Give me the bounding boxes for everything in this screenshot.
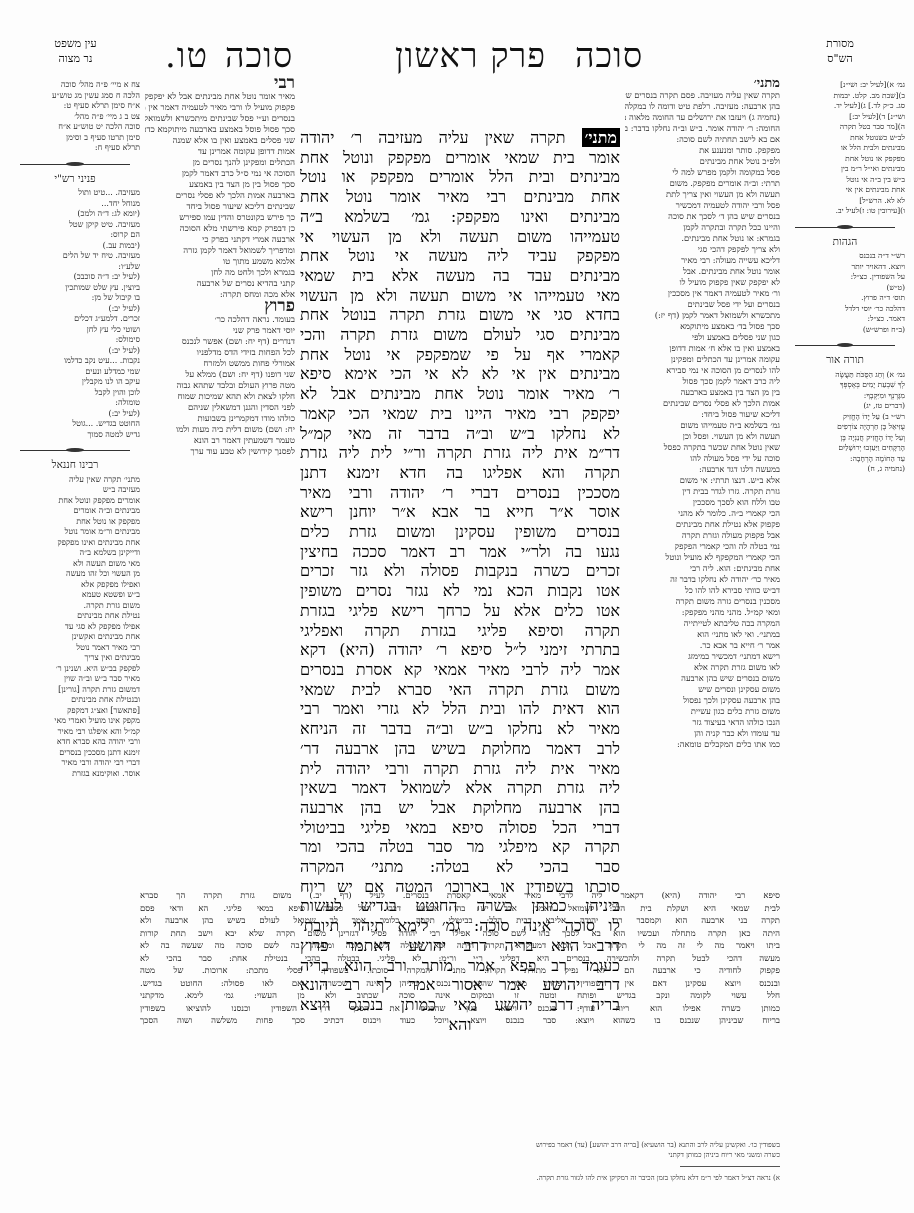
gemara-line: מבינתים ואינו מפקפק: גמ׳ בשלמא ב״ה xyxy=(300,207,620,227)
torah-or-line: (דברים טז, יג) xyxy=(785,401,905,412)
hagahot-line: תוס׳ ד״ה פרוץ. xyxy=(785,293,905,304)
pninei-rashi-line: שמי כמדלע ונעים xyxy=(10,367,140,378)
gemara-line: דר״מ אית ליה גזרת תקרה ור״י לית ליה גזרת xyxy=(300,443,620,463)
gemara-line: מסככין בנסרים דברי ר׳ יהודה ורבי מאיר xyxy=(300,483,620,503)
rashi-line: פסל ורבי יהודה לטעמיה דמכשיר xyxy=(625,200,780,211)
gemara-line: מבינתים סגי לעולם משום גזרת תקרה והכי xyxy=(300,325,620,345)
rashi-line: ולא צריך לפקפק דהכי סגי xyxy=(625,244,780,255)
bottom-line: חלל עשוי לקומה ונקב בגדיש ופותח ומטה זו … xyxy=(140,990,780,1003)
pninei-rashi-line: (לעיל יב: ד״ה סוכבכ) xyxy=(10,272,140,283)
chananel-line: מבינתים ואין צריך xyxy=(10,653,140,664)
chananel-line: אוסר. ואוקימנא בגזרת xyxy=(10,769,140,780)
chananel-line: רבי מאיר דאמר נוטל xyxy=(10,643,140,654)
pninei-rashi-line: סימולס: xyxy=(10,335,140,346)
rashi-line: בין מן הצד בין באמצע בארבעה xyxy=(625,387,780,398)
chananel-line: ואפילו מפקפק אלא xyxy=(10,580,140,591)
ner-mitzvah-title: נר מצוה xyxy=(18,51,133,66)
pninei-rashi-line: (יבמות עב.) xyxy=(10,241,140,252)
torah-or-line: (נחמיה ג, ח) xyxy=(785,464,905,475)
ein-mishpat-line: א״ח סימן תרלא סעיף ט: xyxy=(10,101,140,112)
rashi-line: תקרה שאין עליה מעזיבה. פסם תקרה בנסרים ש… xyxy=(625,90,780,101)
pninei-rashi-line: שלע״ו: xyxy=(10,262,140,273)
rashi-line: תעשה ולא מן העשוי. ופסל וכן xyxy=(625,431,780,442)
chananel-line: מן העשוי וכל זהו מעשה xyxy=(10,569,140,580)
tosafot-line: ארבעה אמרי דקתני בפרק כי xyxy=(145,235,295,246)
hagahot-line: דאמר. כצ״ל: xyxy=(785,314,905,325)
mesoret-title: מסורת xyxy=(785,36,895,51)
pninei-rashi-title: פניני רש"י xyxy=(10,174,140,185)
torah-or-line: וְעַל יָדוֹ הֶחֱזִיק חֲנַנְיָה בֶּן xyxy=(785,433,905,444)
chananel-line: נטילת אחת מבינתים xyxy=(10,611,140,622)
ornament-divider xyxy=(795,223,895,231)
pninei-rashi-line: (לעיל יב:) xyxy=(10,409,140,420)
pninei-rashi-line: (לעיל יב:) xyxy=(10,304,140,315)
bottom-line: כמותן כשרה אפילו הוא ריוח עודף: בנכנס וי… xyxy=(140,1003,780,1016)
mesoret-line: סג. כ״ק לד.] ג)[לעיל יד. xyxy=(785,101,905,112)
rashi-line: במתני׳. ואי לאו מתני׳ הוא xyxy=(625,629,780,640)
mesoret-hashas-header: מסורת הש"ס xyxy=(785,36,895,66)
tosafot-line: כולהו מודו דמקמרינן בשבועות xyxy=(145,414,295,425)
mesoret-line: ה)[מר סבר בטל תקרה xyxy=(785,122,905,133)
gemara-line: מאיר לא נחלקו ב״ש וב״ה בדבר זה הניחא xyxy=(300,719,620,739)
rashi-line: במעשה דלגו דגד ארבעה: xyxy=(625,464,780,475)
rashi-line: אמות הלכך לא פסלי נסרים שבינתים xyxy=(625,398,780,409)
chananel-line: מפקפק או נוטל אחת xyxy=(10,517,140,528)
bottom-line: סיפא רבי יהודה (היא) דקאמר ליה לרבי מאיר… xyxy=(140,890,780,903)
rashi-line: סכך פסול בד׳ באמצע מיתוקמא xyxy=(625,321,780,332)
rashi-line: הכי קאמרי ב״ה. כלומר לא מהני xyxy=(625,508,780,519)
ein-mishpat-line: סוכה הלכה יט טוש״ע א״ח xyxy=(10,122,140,133)
ein-mishpat-line: צט ב ג מיי׳ פ״ה מהל׳ xyxy=(10,112,140,123)
gemara-line: זכרים כשרה בנקבות פסולה ולא גזר זכרים xyxy=(300,561,620,581)
rashi-line: עקומה אמרינן עד הכתלים ומפקינן xyxy=(625,354,780,365)
rashi-line: גזרת תקרה. גזרו לגדר בבית דין xyxy=(625,486,780,497)
rabbeinu-chananel-title: רבינו חננאל xyxy=(10,460,140,471)
hagahot-block: רש״י ד״ה בנכנס ויוצא. דהאויר יותר על השפ… xyxy=(785,251,905,335)
tosafot-line: פקפוק מועיל לו ורבי מאיר לטעמיה דאמר אין… xyxy=(145,103,295,114)
gemara-line: נגעו בה ולר״י אמר רב דאמר סככה בחיצין xyxy=(300,542,620,562)
pninei-rashi-line: מעזיבה. טיח יד של הלים xyxy=(10,251,140,262)
bottom-line: ובנכנס ויוצא עסקינן דאם אין השפודין פחות… xyxy=(140,978,780,991)
rashi-line: המקרה בכה טליבתא לטייתייה xyxy=(625,618,780,629)
rashi-line: לאו משום גזרת תקרה אלא xyxy=(625,662,780,673)
bottom-line: בריוח שביניהן שנכנס בו כשהוא ויוצא: סבר … xyxy=(140,1015,780,1028)
hashas-title: הש"ס xyxy=(785,51,895,66)
pninei-rashi-line: (לעיל יב:) xyxy=(10,346,140,357)
tractate-name-right: סוכה xyxy=(575,36,643,76)
tosafot-line: ומדפריך לשמואל דאמר לקמן גזרה xyxy=(145,246,295,257)
pninei-rashi-line: עיקב הו לנו מקבלין xyxy=(10,377,140,388)
tosafot-line: לכל הפחות בזידי הדס מדלפניו xyxy=(145,348,295,359)
gemara-line: בנסרים משופין עסקינן ומשום גזרת כלים xyxy=(300,522,620,542)
rashi-line: בהן ארבעה: מעזיבה. רלפת טיט ודומה לו במק… xyxy=(625,101,780,112)
rashi-line: פקפוק אלא נטילת אחת מבינתים xyxy=(625,519,780,530)
rashi-line: תרתי: וב״ה אומרים מפקפק. משום xyxy=(625,178,780,189)
pninei-rashi-line: מנוחל יחד... xyxy=(10,199,140,210)
bottom-line: מעשה דהכי לבטל תקרה ולהכשירה בנסרים היא … xyxy=(140,953,780,966)
mishna-opening-line: מתני׳ תקרה שאין עליה מעזיבה ר׳ יהודה xyxy=(300,128,620,148)
ornament-divider xyxy=(20,160,130,168)
ein-mishpat-header: עין משפט נר מצוה xyxy=(18,36,133,66)
gemara-line: דברי הכל פסולה סיפא במאי פליגי בביטולי xyxy=(300,818,620,838)
chananel-line: קמ״ל והא איפלגו רבי מאיר xyxy=(10,727,140,738)
rashi-line: ומאי קמ״ל. מהני מהני מפקפק: xyxy=(625,607,780,618)
gemara-line: בתרתי זימני ל״ל סיפא ר׳ יהודה (היא) דקא xyxy=(300,640,620,660)
mishna-label: מתני׳ xyxy=(582,128,620,147)
tosafot-sub-heading: פרוץ xyxy=(264,296,295,316)
gemara-line: קאמרי אף על פי שמפקפק אי נוטל אחת xyxy=(300,345,620,365)
mesoret-line: מבינתים ולבית הלל או xyxy=(785,143,905,154)
gemara-line: תקרה וסיפא פליגי בגזרת תקרה ואפליגי xyxy=(300,621,620,641)
gemara-line: סבר בהכי לא בטלה: מתני׳ המקרה xyxy=(300,857,620,877)
rashi-line: בגמרא: או נוטל אחת מבינתים. xyxy=(625,233,780,244)
tractate-name-left: סוכה xyxy=(225,36,293,76)
rashi-line: אמר ר׳ חייא בר אבא כר. xyxy=(625,640,780,651)
hagahot-title: הגהות xyxy=(785,237,905,248)
tosafot-line: בנסרים וע״י פסל שבינתים מיתכשרא ולשמואל … xyxy=(145,114,295,125)
tosafot-line: אמורלי פחות ממשט ולמזרח xyxy=(145,359,295,370)
bottom-line: לבית שמאי היא ושקלת בית הלל: לשמואל דאמר… xyxy=(140,903,780,916)
rashi-line: הכי קאמרי המקפקף לא מועיל ונוטל xyxy=(625,552,780,563)
rashi-line: (נחמיה ג) ויעזבו את ירושלים עד החומה מלא… xyxy=(625,112,780,123)
tosafot-line: לפני הסדין והגנן דמשאלין שניהם xyxy=(145,403,295,414)
pninei-rashi-line: מעזיבה. ...טיט ותול xyxy=(10,188,140,199)
ein-mishpat-line: תרלא סעיף ח: xyxy=(10,143,140,154)
hagahot-line: דהלכה כר׳ יוסי דלדל xyxy=(785,304,905,315)
mesoret-hashas-block: גמ׳ א)[לעיל יב: ושי״נ] ב)[שבת מב. קלט. י… xyxy=(785,80,905,217)
tosafot-line: חלקו לצאת ולא תהא שמיכות שמוח xyxy=(145,392,295,403)
pninei-rashi-line: ביוצין. עץ שלט שמותכין xyxy=(10,283,140,294)
gemara-line: מאיר אית ליה גזרת תקרה ורבי יהודה לית xyxy=(300,759,620,779)
mesoret-line: מבינתים ואי״ל ר״מ בין xyxy=(785,164,905,175)
pninei-rashi-line: מעזיבה. טיט קיקן שטל xyxy=(10,220,140,231)
ornament-divider xyxy=(795,341,895,349)
hagahot-line: על השפודין. כצ״ל: xyxy=(785,272,905,283)
tosafot-line: הסוכה אי נמי ס״ל כרב דאמר לקמן xyxy=(145,169,295,180)
tosafot-line: לפסנך קידושין לא טבע עוד ערך xyxy=(145,447,295,458)
gemara-line: הוא דאית להו ובית הלל לא גזרי ואמר רבי xyxy=(300,699,620,719)
rashi-line: דב״ש כוותי סבירא להו להו כל xyxy=(625,585,780,596)
chananel-line: מבינתים ור״מ אומר נוטל xyxy=(10,527,140,538)
pninei-rashi-line: בו קיבול של מן: xyxy=(10,293,140,304)
gemara-line: מאי טעמייהו אי משום תעשה ולא מן העשוי xyxy=(300,286,620,306)
mesoret-line: גמ׳ א)[לעיל יב: ושי״נ] xyxy=(785,80,905,91)
tosafot-line: בעומד. נראה דהלכה כר׳ xyxy=(145,315,295,326)
torah-or-title: תורה אור xyxy=(785,355,905,366)
tosafot-line: מטה פרוץ העולם ובלבד שתהא גבוה xyxy=(145,381,295,392)
gemara-line: בהן ארבעה מחלוקת אבל יש בהן ארבעה xyxy=(300,798,620,818)
tosafot-line: שבינתים דליכא שיעור פסול ביחד xyxy=(145,202,295,213)
gemara-line: ליה גזרת תקרה אלא לשמואל דאמר בשאין xyxy=(300,778,620,798)
rashi-line: להו לנסרים מן הסוכה אי נמי סבירא xyxy=(625,365,780,376)
torah-or-line: רש״י ב) עַל יָדוֹ הֶחֱזִיק xyxy=(785,412,905,423)
rashi-line: גמ׳ בשלמא ב״ה טעמייהו משום xyxy=(625,420,780,431)
mesoret-line: מפקפק או נוטל אחת xyxy=(785,154,905,165)
gemara-line: אמר ליה לרבי מאיר אמאי קא אסרת בנסרים xyxy=(300,660,620,680)
tosafot-line: סכך פסול בין מן הצד בין באמצע xyxy=(145,180,295,191)
ein-mishpat-line: צח א מיי׳ פ״ה מהל׳ סוכה xyxy=(10,80,140,91)
rashi-line: דליכא שיעור פסול ביחד: xyxy=(625,409,780,420)
chananel-line: מתני׳ תקרה שאין עליה xyxy=(10,475,140,486)
chananel-line: מעזיבה ב״ש xyxy=(10,485,140,496)
rashi-line: אחת מבינתים: הוא. ליה רבי xyxy=(625,563,780,574)
daf-number: טו. xyxy=(165,36,208,76)
rashi-line: סוכה על ידי פסל מעולה להו xyxy=(625,453,780,464)
mesoret-line: ו)[עירובין טו: ז)לעיל יב. xyxy=(785,206,905,217)
tosafot-line: יוסי דאמר פרק שני xyxy=(145,326,295,337)
rashi-line: לא יפקפק שאין פקפוק מועיל לו xyxy=(625,277,780,288)
mesoret-line: לא לא. הרש״ל] xyxy=(785,196,905,207)
chananel-line: מאיר סבר ב״ש וב״ה שוין xyxy=(10,674,140,685)
bottom-line: היתה כאן תקרה מתחלה ועכשיו הוא בא לסכך ב… xyxy=(140,928,780,941)
pninei-rashi-line: נקבות. ...עיט נקב כדלמו xyxy=(10,356,140,367)
ein-mishpat-title: עין משפט xyxy=(18,36,133,51)
torah-or-line: עֻזִּיאֵל בֶּן חַרְהֲיָה צוֹרְפִים xyxy=(785,422,905,433)
tosafot-line: דנדרים (דף יח: ושם) אפשר לנכנס xyxy=(145,337,295,348)
tosafot-line: מאיר אומר נוטל אחת מבינתים אבל לא יפקפק.… xyxy=(145,92,295,103)
tosafot-line: הכתלים ומפקינן להנך נסרים מן xyxy=(145,158,295,169)
tosafot-line: טעמר דשמעתין דאמר רב הונא xyxy=(145,436,295,447)
ein-mishpat-line: הלכה ח סמג עשין מג טוש״ע xyxy=(10,91,140,102)
rashi-line: ולפ״כ נוטל אחת מבינתים xyxy=(625,156,780,167)
rashi-line: דליכא עשייה מעולה: רבי מאיר xyxy=(625,255,780,266)
rashi-line: רישא דמתני׳ דמכשיר במימזג xyxy=(625,651,780,662)
footnote-line: כשרה ומשני מאי ריוח ביניהן כמותן דקתני xyxy=(140,1150,780,1160)
ein-mishpat-block: צח א מיי׳ פ״ה מהל׳ סוכה הלכה ח סמג עשין … xyxy=(10,80,140,154)
chananel-line: מבינתים וב״ה אומרים xyxy=(10,506,140,517)
gemara-line: מבינתים ובית הלל אומרים מפקפק או נוטל xyxy=(300,167,620,187)
chananel-line: [פתאשר] ואצ״ג דמקפק xyxy=(10,706,140,717)
rashi-line: אלא ב״ש. דנצו תרתי: אי משום xyxy=(625,475,780,486)
rashi-line: מסכנין בנסרים גזרה משום תקרה xyxy=(625,596,780,607)
tosafot-line: בגמרא ולכך ולחט מה לחן xyxy=(145,268,295,279)
torah-or-line: מִגָּרְנְךָ וּמִיִּקְבֶךָ: xyxy=(785,391,905,402)
torah-or-line: גמ׳ א) וְחַג הַסֻּכֹּת תַּעֲשֶׂה xyxy=(785,370,905,381)
tosafot-line: שני פסלים באמצע ואין בו אלא שמנה xyxy=(145,136,295,147)
chananel-line: ודייקינן בשלמא ב״ה xyxy=(10,548,140,559)
chananel-line: אחת מבינתים ואקשינן xyxy=(10,632,140,643)
torah-or-block: גמ׳ א) וְחַג הַסֻּכֹּת תַּעֲשֶׂה לְךָ שִ… xyxy=(785,370,905,475)
gemara-line: משום גזרת תקרה האי סברא לבית שמאי xyxy=(300,680,620,700)
chananel-line: משום גזרת תקרה. xyxy=(10,601,140,612)
hagahot-line: (ט״ש) xyxy=(785,283,905,294)
bottom-commentary: סיפא רבי יהודה (היא) דקאמר ליה לרבי מאיר… xyxy=(140,890,780,1028)
rashi-line: נמי בטלה לה והכי קאמרי הפקפק xyxy=(625,541,780,552)
mesoret-line: ב)[שבת מב. קלט. יבמות xyxy=(785,91,905,102)
rashi-line: תעשה ולא מן העשוי ואין צריך לתת xyxy=(625,189,780,200)
footnote-area: בשפודין כו׳. ואקשינן עליה לרב והתנא (בר … xyxy=(140,1140,780,1183)
rashi-line: שאין נוטל אחת שכשר בתקרה כפסל xyxy=(625,442,780,453)
rashi-line: החומה: ר׳ יהודה אומר. ב״ש וב״ה נחלקו בדב… xyxy=(625,123,780,134)
rashi-line: טבו וללח הוא לסכך מסככין xyxy=(625,497,780,508)
rashi-line: משום גזרת כלים כגון עשיית xyxy=(625,706,780,717)
footnote-rule xyxy=(680,1166,780,1167)
gemara-line: לרב דאמר מחלוקת בשיש בהן ארבעה דר׳ xyxy=(300,739,620,759)
gemara-line: טעמייהו משום תעשה ולא מן העשוי אי xyxy=(300,227,620,247)
pninei-rashi-line: הם קרוס: xyxy=(10,230,140,241)
chananel-line: ורבי יהודה בהא סברא חדא xyxy=(10,737,140,748)
gemara-line: תקרה והא אפליגו בה חדא זימנא דתנן xyxy=(300,463,620,483)
tosafot-line: אמות דדופן עקומה אמרינן עד xyxy=(145,147,295,158)
chananel-line: אומרים מפקפק ונוטל אחת xyxy=(10,496,140,507)
rashi-line: כגון שני פסלים באמצע ולפי xyxy=(625,332,780,343)
bottom-line: פקפוק לחודיה כי ארבעה הם לא נפיק מתורת ת… xyxy=(140,965,780,978)
rashi-line: בהן ארבעה עסקינן ולכך נפסול xyxy=(625,695,780,706)
gemara-line: לא נחלקו ב״ש וב״ה בדבר זה מאי קמ״ל xyxy=(300,424,620,444)
chananel-line: לפקפק בב״ש היא. ושנינן ר׳ xyxy=(10,664,140,675)
tosafot-line: סכך פסול פוסל באמצע בארבעה מיתוקמא כדפרי… xyxy=(145,125,295,136)
gemara-line: אומר בית שמאי אומרים מפקפק ונוטל אחת xyxy=(300,148,620,168)
footnote-line: בשפודין כו׳. ואקשינן עליה לרב והתנא (בר … xyxy=(140,1140,780,1150)
torah-or-line: הָרַקָּחִים וַיַּעַזְבוּ יְרוּשָׁלַיִם xyxy=(785,443,905,454)
tosafot-line: קתני בהדיא נסרים של ארבעה xyxy=(145,279,295,290)
chananel-line: ב״ש ופשטא טעמא xyxy=(10,590,140,601)
rashi-line: עד עומדו ולא כבר קניה והן xyxy=(625,728,780,739)
chananel-line: ובנטילת אחת מבינתים xyxy=(10,695,140,706)
pninei-rashi-block: מעזיבה. ...טיט ותול מנוחל יחד... (יומא ל… xyxy=(10,188,140,440)
chananel-line: אחת מבינתים ואינו מפקפק xyxy=(10,538,140,549)
chananel-line: דמשום גזרת תקרה [גורינן] xyxy=(10,685,140,696)
hagahot-line: (ב״ח ופרש״ש) xyxy=(785,325,905,336)
gemara-line: יפקפק רבי מאיר היינו בית שמאי הכי קאמר xyxy=(300,404,620,424)
rashi-line: מפקפק. סותר ומנענע את xyxy=(625,145,780,156)
ornament-divider xyxy=(20,446,130,454)
rashi-line: אבל פקפוק מעולה וגזרת תקרה xyxy=(625,530,780,541)
chananel-line: מאי משום תעשה ולא xyxy=(10,559,140,570)
mesoret-line: ושי״נ] ד)[לעיל יב:] xyxy=(785,112,905,123)
bottom-line: ביתו ויאמר מה לי זה מה לי תקרה אבל הכא ד… xyxy=(140,940,780,953)
ein-mishpat-line: סימן תרטו סעיף ב וסימן xyxy=(10,133,140,144)
left-margin-column: צח א מיי׳ פ״ה מהל׳ סוכה הלכה ח סמג עשין … xyxy=(10,80,140,1120)
chananel-line: דברי רבי יהודה ורבי מאיר xyxy=(10,758,140,769)
rashi-line: באמצע ואין בו אלא ח׳ אמות דדופן xyxy=(625,343,780,354)
rashi-line: מתכשרא ולשמואל דאמר לקמן (דף יז:) xyxy=(625,310,780,321)
rashi-line: משום עסקינן ונסרים שיש xyxy=(625,684,780,695)
rashi-line: משום בנסרים שיש בהן ארבעה xyxy=(625,673,780,684)
rashi-line: בנסרים ועל ידי פסל שבינתים xyxy=(625,299,780,310)
chananel-line: אפילו מפקפק לא סגי עד xyxy=(10,622,140,633)
chananel-line: זימנא דתנן מסככין בנסרים xyxy=(10,748,140,759)
rashi-line: ור׳ מאיר לטעמיה דאמר אין מסככין xyxy=(625,288,780,299)
gemara-line: אטו נקבות הכא נמי לא נגזר נסרים משופין xyxy=(300,581,620,601)
tosafot-line: יח: ושם) משום דלית ביה מעות ולמו xyxy=(145,425,295,436)
gemara-line: אטו כלים אלא על כרחך רישא פליגי בגזרת xyxy=(300,601,620,621)
rashi-line: מאיר כר׳ יהודה לא נחלקו בדבר זה xyxy=(625,574,780,585)
torah-or-line: לְךָ שִׁבְעַת יָמִים בְּאָסְפְּךָ xyxy=(785,380,905,391)
pninei-rashi-line: ושוטי כלי עץ לחן xyxy=(10,325,140,336)
gemara-line: מבינתים עבד בה מעשה אלא בית שמאי xyxy=(300,266,620,286)
rashi-line: אם בא לישב תחתיה לשם סוכה: xyxy=(625,134,780,145)
gemara-line: מבינתים אין אי לא לא אי הכי אימא סיפא xyxy=(300,364,620,384)
bottom-line: תקרה בני ארבעה הוא וקמסבר רבי יהודה אליב… xyxy=(140,915,780,928)
gemara-line: בחדא סגי אי משום גזרת תקרה בנוטל אחת xyxy=(300,305,620,325)
tosafot-column: רבי מאיר אומר נוטל אחת מבינתים אבל לא יפ… xyxy=(145,78,295,888)
mesoret-line: אחת מבינתים אין אי xyxy=(785,185,905,196)
torah-or-line: עַד הַחוֹמָה הָרְחָבָה: xyxy=(785,454,905,465)
gemara-line: ר׳ מאיר אומר נוטל אחת מבינתים אבל לא xyxy=(300,384,620,404)
tosafot-line: בארבעה אמות הלכך לא פסלי נסרים xyxy=(145,191,295,202)
pninei-rashi-line: טומולה: xyxy=(10,398,140,409)
footnote-note: א) נראה דצ״ל דאמר לפי ר״מ דלא נחלקו בזמן… xyxy=(140,1173,780,1183)
gemara-line: מפקפק עביד ליה מעשה אי נוטל אחת xyxy=(300,246,620,266)
tosafot-line: כך פירש בקונטרס והדין עמו ספירש xyxy=(145,213,295,224)
pninei-rashi-line: החוטט בגדיש. ...גוטל xyxy=(10,419,140,430)
rashi-line: אומר נוטל אחת מבינתים. אבל xyxy=(625,266,780,277)
gemara-line: אחת מבינתים רבי מאיר אומר נוטל אחת xyxy=(300,187,620,207)
hagahot-line: ויוצא. דהאויר יותר xyxy=(785,262,905,273)
tosafot-line: אלמא משמע מתוך טו xyxy=(145,257,295,268)
gemara-line: אוסר א״ר חייא בר אבא א״ר יוחנן רישא xyxy=(300,502,620,522)
tosafot-heading: רבי xyxy=(274,78,295,93)
pninei-rashi-line: לוכן והוין לקבל xyxy=(10,388,140,399)
rashi-line: הנכו כולהו הדאי בעיצוד גזר xyxy=(625,717,780,728)
tosafot-line: כן דבפרק קמא פירשתי מלא הסוכה xyxy=(145,224,295,235)
rashi-line: והיינו ככל תקרה ובתקרה לקמן xyxy=(625,222,780,233)
chapter-name: פרק ראשון xyxy=(395,36,546,76)
rashi-line: כמו אתו כלים המקבלים טומאה: xyxy=(625,739,780,750)
right-margin-column: גמ׳ א)[לעיל יב: ושי״נ] ב)[שבת מב. קלט. י… xyxy=(785,80,905,500)
rashi-line: בנסרים שיש בהן ד׳ לסכך את סוכה xyxy=(625,211,780,222)
gemara-line: תקרה קא מיפלגי מר סבר בטלה בהכי ומר xyxy=(300,837,620,857)
rabbeinu-chananel-block: מתני׳ תקרה שאין עליה מעזיבה ב״ש אומרים מ… xyxy=(10,475,140,780)
pninei-rashi-line: זכרים. דלמע״ג דכלים xyxy=(10,314,140,325)
tosafot-line: שני דופנו (דף יח: ושם) ממלא על xyxy=(145,370,295,381)
pninei-rashi-line: (יומא לג: ד״ה ולמכ) xyxy=(10,209,140,220)
rashi-line: פסל במקומה ולקמן מפרש למה לי xyxy=(625,167,780,178)
mesoret-line: ב״ש בין ב״ה אי נוטל xyxy=(785,175,905,186)
hagahot-line: רש״י ד״ה בנכנס xyxy=(785,251,905,262)
pninei-rashi-line: גדיש למטה סמוך xyxy=(10,430,140,441)
rashi-column: מתני׳ תקרה שאין עליה מעזיבה. פסם תקרה בנ… xyxy=(625,78,780,888)
rashi-line: ליה כרב דאמר לקמן סכך פסול xyxy=(625,376,780,387)
chananel-line: מקפק אינו מועיל ואמרי מאי xyxy=(10,716,140,727)
mesoret-line: לב״ש כשנוטל אחת xyxy=(785,133,905,144)
